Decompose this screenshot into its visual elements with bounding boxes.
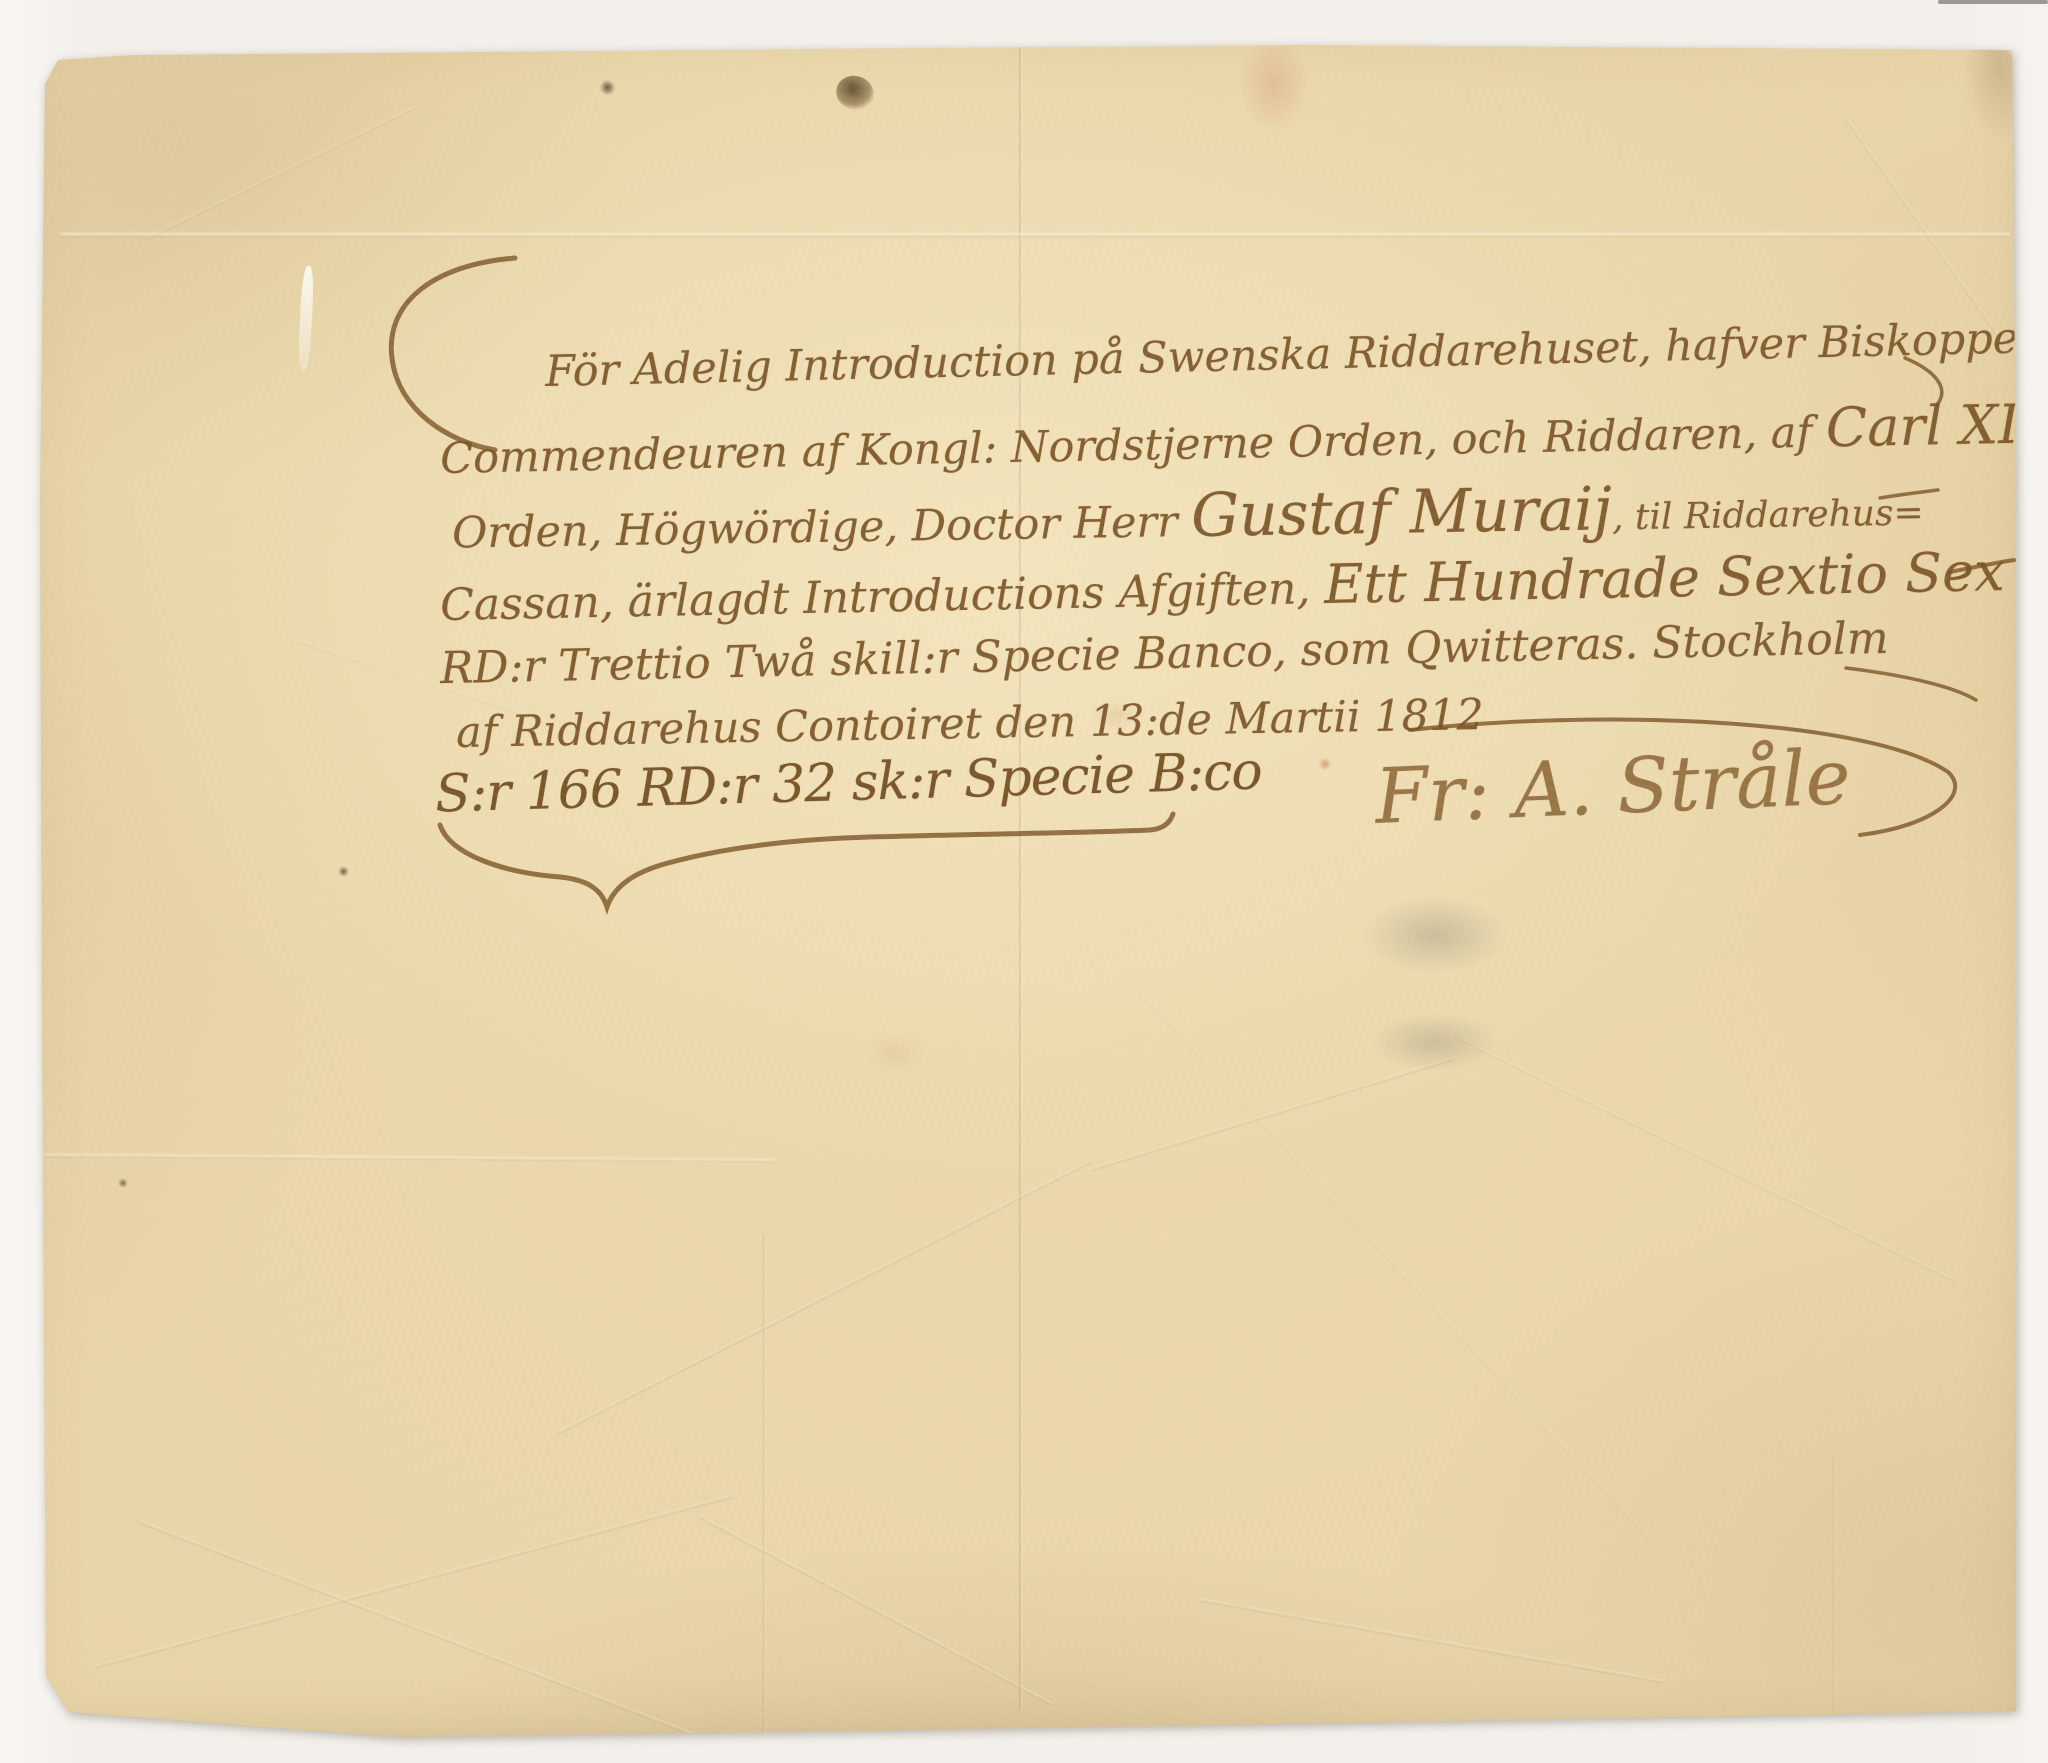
paper-wrap: För Adelig Introduction på Swenska Ridda… bbox=[0, 0, 2048, 1763]
line-3-text-end: , til Riddarehus= bbox=[1612, 492, 1924, 538]
crease-diagonal bbox=[699, 1515, 1054, 1706]
line-3-text: Orden, Högwördige, Doctor Herr bbox=[452, 497, 1192, 559]
ink-speck bbox=[118, 1178, 128, 1188]
pencil-smudge bbox=[1360, 895, 1510, 975]
crease-diagonal bbox=[555, 1160, 1091, 1436]
sum-underline-flourish bbox=[440, 814, 1173, 907]
crease-horizontal-mid bbox=[44, 1152, 774, 1163]
scanned-document: För Adelig Introduction på Swenska Ridda… bbox=[0, 0, 2048, 1763]
handwritten-line-6-dateline: af Riddarehus Contoiret den 13:de Martii… bbox=[456, 694, 1484, 755]
crease-diagonal bbox=[139, 1520, 701, 1739]
crease-diagonal bbox=[1843, 116, 2001, 339]
signature: Fr: A. Stråle bbox=[1374, 739, 1852, 835]
crease-diagonal bbox=[94, 1494, 733, 1669]
opening-bracket-flourish bbox=[391, 258, 515, 450]
crease-diagonal bbox=[147, 105, 418, 240]
foxing-spot bbox=[860, 1030, 930, 1075]
stockholm-tail bbox=[1846, 668, 1976, 700]
pencil-smudge bbox=[1370, 1012, 1500, 1072]
ink-stain bbox=[831, 71, 878, 116]
ink-speck bbox=[338, 866, 349, 877]
line-2-king-name: Carl XIII:s bbox=[1825, 391, 2048, 459]
crease-diagonal bbox=[1200, 1598, 1664, 1684]
paper-sheet: För Adelig Introduction på Swenska Ridda… bbox=[0, 0, 2048, 1763]
handwritten-line-5: RD:r Trettio Twå skill:r Specie Banco, s… bbox=[440, 617, 1889, 691]
line-6-text: af Riddarehus Contoiret den 13:de Martii… bbox=[456, 690, 1485, 758]
handwritten-line-1: För Adelig Introduction på Swenska Ridda… bbox=[545, 317, 2047, 394]
signature-text: Fr: A. Stråle bbox=[1373, 732, 1852, 841]
foxing-spot bbox=[1318, 758, 1332, 770]
fold-line-vertical bbox=[1018, 46, 1023, 1710]
paper-chip bbox=[297, 266, 314, 370]
line-2-text: Commendeuren af Kongl: Nordstjerne Orden… bbox=[440, 407, 1827, 484]
corner-fold-shadow bbox=[1962, 48, 2016, 143]
crease-vertical-right bbox=[1832, 1455, 1836, 1715]
line-4-amount-words: Ett Hundrade Sextio Sex bbox=[1324, 540, 2005, 616]
crease-diagonal bbox=[1129, 981, 1657, 1547]
line-4-text: Cassan, ärlagdt Introductions Afgiften, bbox=[440, 563, 1325, 631]
sum-line: S:r 166 RD:r 32 sk:r Specie B:co bbox=[434, 745, 1262, 820]
crease-horizontal-top bbox=[60, 231, 2010, 238]
line-1-text: För Adelig Introduction på Swenska Ridda… bbox=[545, 313, 2047, 397]
ink-flourishes bbox=[0, 0, 2048, 1763]
handwritten-line-2: Commendeuren af Kongl: Nordstjerne Orden… bbox=[440, 396, 2048, 482]
fold-line-bottom bbox=[762, 1235, 766, 1740]
crease-diagonal bbox=[1089, 1057, 1454, 1172]
pink-stain bbox=[1238, 34, 1310, 134]
crease-diagonal bbox=[1454, 1035, 1959, 1284]
line-3-payer-name: Gustaf Muraij bbox=[1191, 474, 1613, 551]
ink-speck bbox=[599, 80, 616, 95]
